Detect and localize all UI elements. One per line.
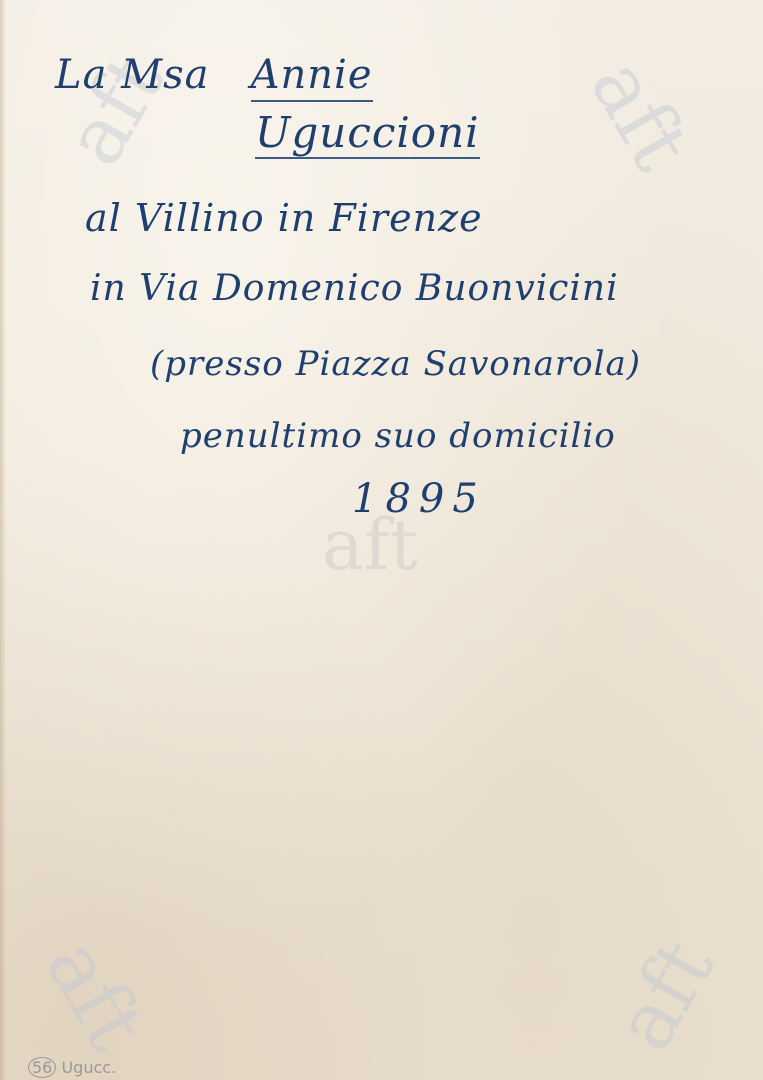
paper-edge (0, 0, 6, 1080)
inscription-surname: Uguccioni (255, 108, 480, 159)
circled-number: 56 (28, 1057, 56, 1078)
inscription-line-villa: al Villino in Firenze (85, 196, 483, 240)
inscription-first-name: Annie (251, 52, 373, 102)
inscription-line-note: penultimo suo domicilio (180, 416, 616, 456)
inscription-honorific: La Msa (55, 52, 209, 98)
inscription-line-landmark: (presso Piazza Savonarola) (150, 344, 641, 384)
pencil-archive-note: 56 Ugucc. (28, 1058, 116, 1077)
inscription-year: 1895 (352, 476, 486, 522)
inscription-line-title: La Msa Annie (55, 52, 373, 98)
pencil-note-text: Ugucc. (61, 1058, 116, 1077)
inscription-line-street: in Via Domenico Buonvicini (90, 268, 619, 309)
